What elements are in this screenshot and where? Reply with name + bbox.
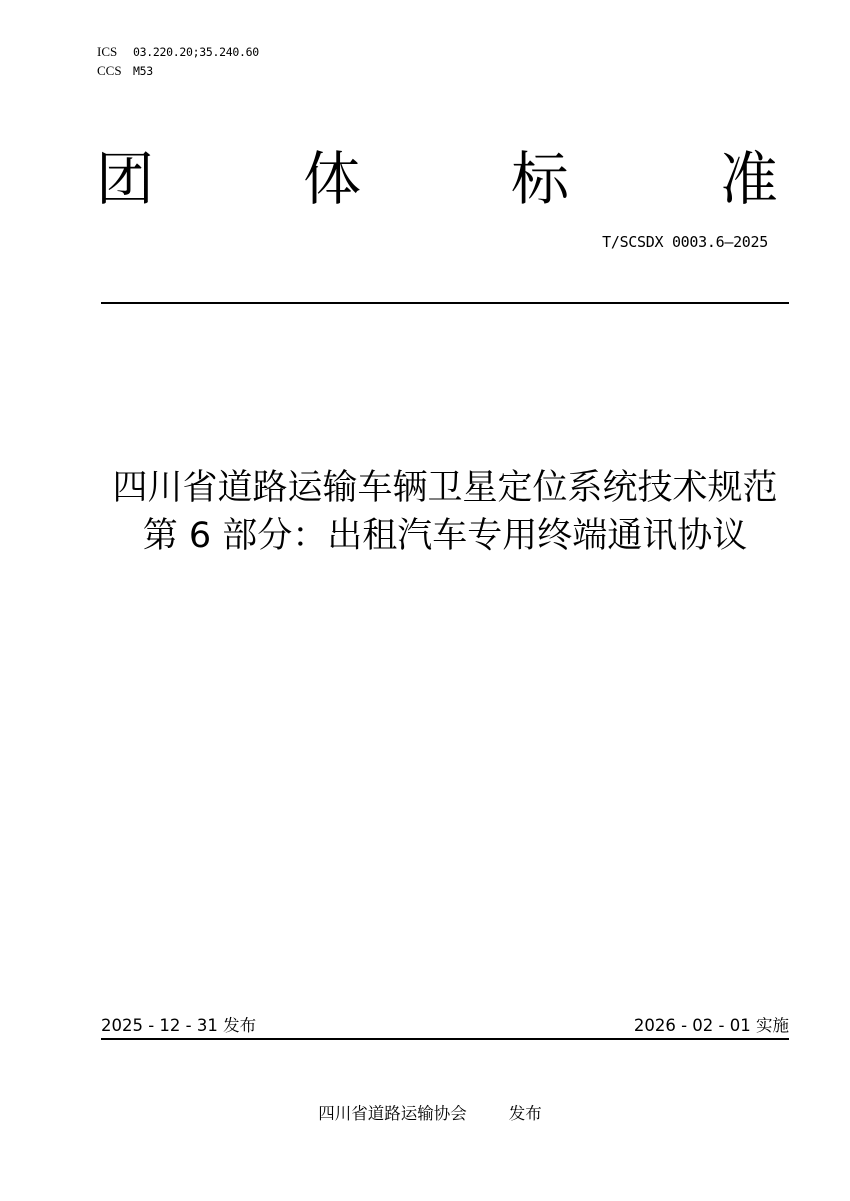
document-number: T/SCSDX 0003.6—2025 xyxy=(602,233,768,251)
header-divider xyxy=(101,302,789,304)
ccs-value: M53 xyxy=(133,64,153,78)
footer-divider xyxy=(101,1038,789,1040)
title-line-1: 四川省道路运输车辆卫星定位系统技术规范 xyxy=(0,464,850,512)
implementation-date: 2026 - 02 - 01 实施 xyxy=(634,1016,789,1036)
ics-code: ICS03.220.20;35.240.60 xyxy=(97,44,259,60)
publisher-action: 发布 xyxy=(509,1104,542,1123)
standard-type-char-1: 团 xyxy=(96,146,154,212)
ccs-code: CCSM53 xyxy=(97,63,153,79)
ccs-label: CCS xyxy=(97,63,133,79)
release-date: 2025 - 12 - 31 发布 xyxy=(101,1016,256,1036)
standard-type-char-4: 准 xyxy=(720,146,778,212)
publisher: 四川省道路运输协会发布 xyxy=(0,1100,850,1124)
title-line-2: 第 6 部分：出租汽车专用终端通讯协议 xyxy=(0,512,850,560)
ics-label: ICS xyxy=(97,44,133,60)
standard-type-char-3: 标 xyxy=(511,146,569,212)
publisher-name: 四川省道路运输协会 xyxy=(318,1104,467,1123)
ics-value: 03.220.20;35.240.60 xyxy=(133,45,259,59)
standard-type-char-2: 体 xyxy=(303,146,361,212)
